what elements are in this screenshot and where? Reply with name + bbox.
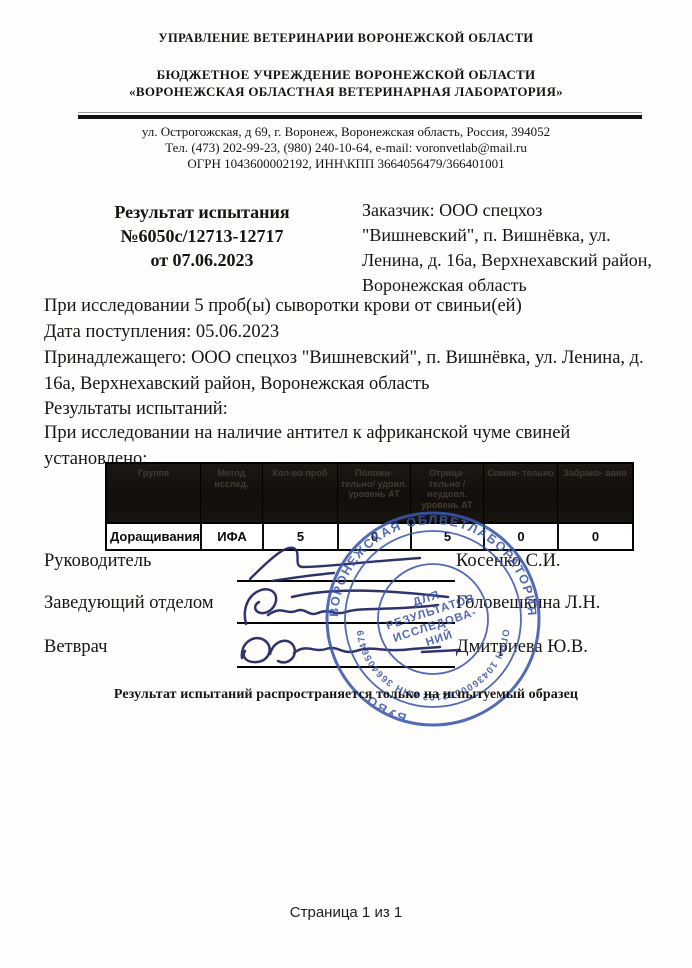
letterhead-registration: ОГРН 1043600002192, ИНН\КПП 3664056479/3…: [0, 156, 692, 172]
cell-method: ИФА: [200, 524, 262, 549]
result-title-block: Результат испытания №6050с/12713-12717 о…: [62, 200, 342, 272]
scanned-document-page: УПРАВЛЕНИЕ ВЕТЕРИНАРИИ ВОРОНЕЖСКОЙ ОБЛАС…: [0, 0, 692, 968]
body-samples-line: При исследовании 5 проб(ы) сыворотки кро…: [44, 294, 654, 320]
letterhead-contacts: Тел. (473) 202-99-23, (980) 240-10-64, e…: [0, 140, 692, 156]
body-receipt-date: Дата поступления: 05.06.2023: [44, 320, 654, 346]
result-number: №6050с/12713-12717: [62, 224, 342, 248]
cell-group: Доращивания: [107, 524, 200, 549]
result-title: Результат испытания: [62, 200, 342, 224]
body-owner-line: Принадлежащего: ООО спецхоз "Вишневский"…: [44, 346, 654, 397]
cell-rejected: 0: [557, 524, 632, 549]
col-header-method: Метод исслед.: [200, 464, 262, 522]
letterhead-institution-line1: БЮДЖЕТНОЕ УЧРЕЖДЕНИЕ ВОРОНЕЖСКОЙ ОБЛАСТИ: [0, 67, 692, 83]
page-number: Страница 1 из 1: [0, 904, 692, 921]
col-header-group: Группа: [107, 464, 200, 522]
letterhead-authority: УПРАВЛЕНИЕ ВЕТЕРИНАРИИ ВОРОНЕЖСКОЙ ОБЛАС…: [0, 31, 692, 46]
letterhead-divider: [78, 115, 642, 119]
letterhead-address: ул. Острогожская, д 69, г. Воронеж, Воро…: [0, 124, 692, 140]
laboratory-round-stamp: ВОРОНЕЖСКАЯ ОБЛВЕТЛАБОРАТОРИЯ БУВО ОГРН …: [310, 496, 556, 742]
letterhead-institution-line2: «ВОРОНЕЖСКАЯ ОБЛАСТНАЯ ВЕТЕРИНАРНАЯ ЛАБО…: [0, 84, 692, 100]
signature-role-director: Руководитель: [44, 551, 151, 572]
signature-role-department-head: Заведующий отделом: [44, 593, 214, 614]
customer-block: Заказчик: ООО спецхоз "Вишневский", п. В…: [362, 198, 656, 298]
letterhead-divider-thin: [78, 112, 642, 113]
footnote: Результат испытаний распространяется тол…: [0, 687, 692, 703]
result-date: от 07.06.2023: [62, 248, 342, 272]
body-results-heading: Результаты испытаний:: [44, 397, 654, 423]
signature-role-veterinarian: Ветврач: [44, 637, 107, 658]
col-header-rejected: Забрако- вано: [557, 464, 632, 522]
